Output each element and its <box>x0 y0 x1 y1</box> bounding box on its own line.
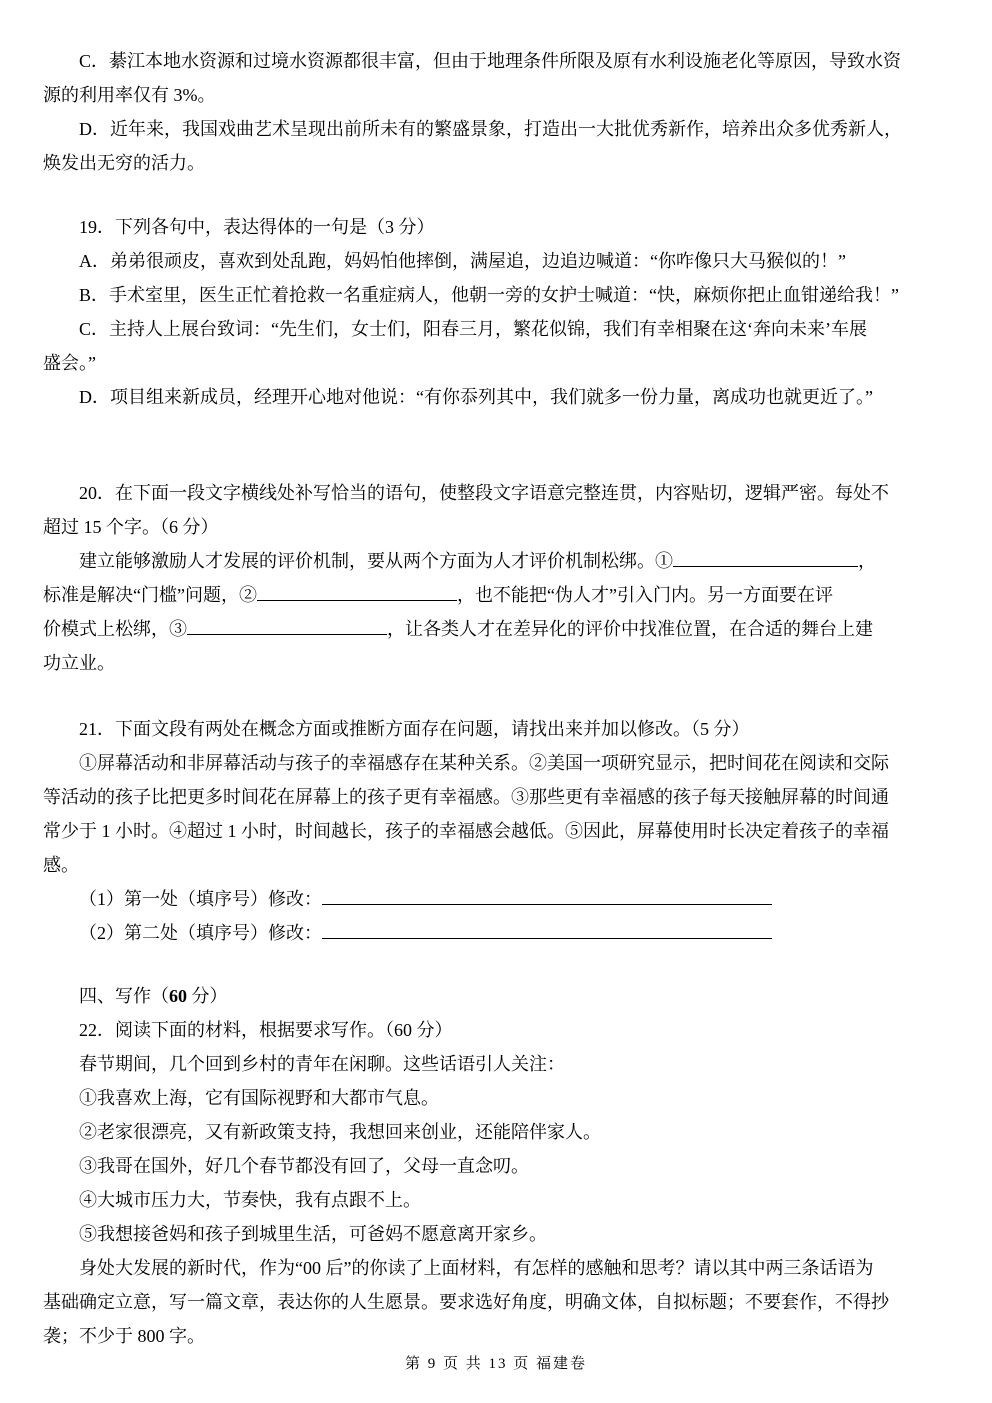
q22-intro: 春节期间，几个回到乡村的青年在闲聊。这些话语引人关注： <box>43 1047 923 1081</box>
q20-passage-line: 功立业。 <box>43 646 923 680</box>
text-run: 19．下列各句中，表达得体的一句是（3 分） <box>79 217 435 237</box>
text-run: D．项目组来新成员，经理开心地对他说：“有你忝列其中，我们就多一份力量，离成功也… <box>79 387 873 407</box>
q22-stem-line: 22．阅读下面的材料，根据要求写作。（60 分） <box>43 1013 923 1047</box>
q20-passage-line: 建立能够激励人才发展的评价机制，要从两个方面为人才评价机制松绑。①， <box>43 544 923 578</box>
text-run: ④大城市压力大，节奏快，我有点跟不上。 <box>79 1190 421 1210</box>
q19-option-a-line: A．弟弟很顽皮，喜欢到处乱跑，妈妈怕他摔倒，满屋追，边追边喊道：“你咋像只大马猴… <box>43 244 923 278</box>
page-footer: 第 9 页 共 13 页 福建卷 <box>0 1352 992 1373</box>
text-run: C．主持人上展台致词：“先生们，女士们，阳春三月，繁花似锦，我们有幸相聚在这‘奔… <box>79 319 867 339</box>
text-run: ①我喜欢上海，它有国际视野和大都市气息。 <box>79 1088 439 1108</box>
text-run: 价模式上松绑，③ <box>43 619 187 639</box>
text-run: （1）第一处（填序号）修改： <box>79 889 322 909</box>
text-run: 等活动的孩子比把更多时间花在屏幕上的孩子更有幸福感。③那些更有幸福感的孩子每天接… <box>43 787 889 807</box>
q21-passage: ①屏幕活动和非屏幕活动与孩子的幸福感存在某种关系。②美国一项研究显示，把时间花在… <box>43 746 923 882</box>
text-run: D．近年来，我国戏曲艺术呈现出前所未有的繁盛景象，打造出一大批优秀新作，培养出众… <box>79 119 902 139</box>
text-run: ①屏幕活动和非屏幕活动与孩子的幸福感存在某种关系。②美国一项研究显示，把时间花在… <box>79 753 889 773</box>
q19-option-c-line: C．主持人上展台致词：“先生们，女士们，阳春三月，繁花似锦，我们有幸相聚在这‘奔… <box>43 312 923 346</box>
text-run: 功立业。 <box>43 653 115 673</box>
q21-answer-1-line: （1）第一处（填序号）修改： <box>43 882 923 916</box>
text-run: ⑤我想接爸妈和孩子到城里生活，可爸妈不愿意离开家乡。 <box>79 1224 547 1244</box>
answer-blank-line <box>322 889 772 905</box>
text-run: 分） <box>187 986 228 1006</box>
q19-option-b: B．手术室里，医生正忙着抢救一名重症病人，他朝一旁的女护士喊道：“快，麻烦你把止… <box>43 278 923 312</box>
q19-option-b-line: B．手术室里，医生正忙着抢救一名重症病人，他朝一旁的女护士喊道：“快，麻烦你把止… <box>43 278 923 312</box>
text-run: A．弟弟很顽皮，喜欢到处乱跑，妈妈怕他摔倒，满屋追，边追边喊道：“你咋像只大马猴… <box>79 251 846 271</box>
q22-quote-2-line: ②老家很漂亮，又有新政策支持，我想回来创业，还能陪伴家人。 <box>43 1115 923 1149</box>
q21-answer-2-line: （2）第二处（填序号）修改： <box>43 916 923 950</box>
text-run: 源的利用率仅有 3%。 <box>43 85 216 105</box>
q21-answer-1: （1）第一处（填序号）修改： <box>43 882 923 916</box>
text-run: 常少于 1 小时。④超过 1 小时，时间越长，孩子的幸福感会越低。⑤因此，屏幕使… <box>43 821 889 841</box>
text-run: 四、写作（ <box>79 986 169 1006</box>
text-run: （2）第二处（填序号）修改： <box>79 923 322 943</box>
q19-option-a: A．弟弟很顽皮，喜欢到处乱跑，妈妈怕他摔倒，满屋追，边追边喊道：“你咋像只大马猴… <box>43 244 923 278</box>
q19-option-c-line: 盛会。” <box>43 346 923 380</box>
q19-stem: 19．下列各句中，表达得体的一句是（3 分） <box>43 210 923 244</box>
answer-blank-line <box>257 585 457 601</box>
answer-blank-line <box>322 923 772 939</box>
q22-quote-4-line: ④大城市压力大，节奏快，我有点跟不上。 <box>43 1183 923 1217</box>
q21-passage-line: 常少于 1 小时。④超过 1 小时，时间越长，孩子的幸福感会越低。⑤因此，屏幕使… <box>43 814 923 848</box>
section-4-heading: 四、写作（60 分） <box>43 979 923 1013</box>
q21-stem: 21．下面文段有两处在概念方面或推断方面存在问题，请找出来并加以修改。（5 分） <box>43 712 923 746</box>
document-body: C．綦江本地水资源和过境水资源都很丰富，但由于地理条件所限及原有水利设施老化等原… <box>43 44 923 1353</box>
q21-stem-line: 21．下面文段有两处在概念方面或推断方面存在问题，请找出来并加以修改。（5 分） <box>43 712 923 746</box>
q22-quote-5-line: ⑤我想接爸妈和孩子到城里生活，可爸妈不愿意离开家乡。 <box>43 1217 923 1251</box>
answer-blank-line <box>187 619 387 635</box>
q21-answer-2: （2）第二处（填序号）修改： <box>43 916 923 950</box>
text-run: 21．下面文段有两处在概念方面或推断方面存在问题，请找出来并加以修改。（5 分） <box>79 719 750 739</box>
text-run: ，也不能把“伪人才”引入门内。另一方面要在评 <box>457 585 833 605</box>
section-4-heading-line: 四、写作（60 分） <box>43 979 923 1013</box>
q22-requirements-line: 基础确定立意，写一篇文章，表达你的人生愿景。要求选好角度，明确文体，自拟标题；不… <box>43 1285 923 1319</box>
text-run: 建立能够激励人才发展的评价机制，要从两个方面为人才评价机制松绑。① <box>79 551 673 571</box>
text-run: 身处大发展的新时代，作为“00 后”的你读了上面材料，有怎样的感触和思考？请以其… <box>79 1258 873 1278</box>
q19-option-d-line: D．项目组来新成员，经理开心地对他说：“有你忝列其中，我们就多一份力量，离成功也… <box>43 380 923 414</box>
text-run: 20．在下面一段文字横线处补写恰当的语句，使整段文字语意完整连贯，内容贴切，逻辑… <box>79 483 889 503</box>
q20-passage-line: 标准是解决“门槛”问题，②，也不能把“伪人才”引入门内。另一方面要在评 <box>43 578 923 612</box>
top-option-c-line: 源的利用率仅有 3%。 <box>43 78 923 112</box>
text-run: 22．阅读下面的材料，根据要求写作。（60 分） <box>79 1020 453 1040</box>
q20-stem-line: 超过 15 个字。（6 分） <box>43 510 923 544</box>
text-run: ②老家很漂亮，又有新政策支持，我想回来创业，还能陪伴家人。 <box>79 1122 601 1142</box>
answer-blank-line <box>673 551 858 567</box>
q20-stem: 20．在下面一段文字横线处补写恰当的语句，使整段文字语意完整连贯，内容贴切，逻辑… <box>43 476 923 544</box>
text-run: 60 <box>169 986 187 1006</box>
text-run: 超过 15 个字。（6 分） <box>43 517 219 537</box>
q22-quote-1: ①我喜欢上海，它有国际视野和大都市气息。 <box>43 1081 923 1115</box>
q22-quote-3: ③我哥在国外，好几个春节都没有回了，父母一直念叨。 <box>43 1149 923 1183</box>
q19-stem-line: 19．下列各句中，表达得体的一句是（3 分） <box>43 210 923 244</box>
top-option-d-line: D．近年来，我国戏曲艺术呈现出前所未有的繁盛景象，打造出一大批优秀新作，培养出众… <box>43 112 923 146</box>
q22-stem: 22．阅读下面的材料，根据要求写作。（60 分） <box>43 1013 923 1047</box>
q20-stem-line: 20．在下面一段文字横线处补写恰当的语句，使整段文字语意完整连贯，内容贴切，逻辑… <box>43 476 923 510</box>
top-option-c: C．綦江本地水资源和过境水资源都很丰富，但由于地理条件所限及原有水利设施老化等原… <box>43 44 923 112</box>
top-option-d-line: 焕发出无穷的活力。 <box>43 146 923 180</box>
q22-quote-1-line: ①我喜欢上海，它有国际视野和大都市气息。 <box>43 1081 923 1115</box>
text-run: B．手术室里，医生正忙着抢救一名重症病人，他朝一旁的女护士喊道：“快，麻烦你把止… <box>79 285 899 305</box>
q20-passage: 建立能够激励人才发展的评价机制，要从两个方面为人才评价机制松绑。①，标准是解决“… <box>43 544 923 680</box>
q22-requirements-line: 袭；不少于 800 字。 <box>43 1319 923 1353</box>
text-run: ③我哥在国外，好几个春节都没有回了，父母一直念叨。 <box>79 1156 529 1176</box>
q22-quote-2: ②老家很漂亮，又有新政策支持，我想回来创业，还能陪伴家人。 <box>43 1115 923 1149</box>
text-run: 基础确定立意，写一篇文章，表达你的人生愿景。要求选好角度，明确文体，自拟标题；不… <box>43 1292 889 1312</box>
text-run: ，让各类人才在差异化的评价中找准位置，在合适的舞台上建 <box>387 619 873 639</box>
q22-requirements: 身处大发展的新时代，作为“00 后”的你读了上面材料，有怎样的感触和思考？请以其… <box>43 1251 923 1353</box>
q21-passage-line: 等活动的孩子比把更多时间花在屏幕上的孩子更有幸福感。③那些更有幸福感的孩子每天接… <box>43 780 923 814</box>
q19-option-d: D．项目组来新成员，经理开心地对他说：“有你忝列其中，我们就多一份力量，离成功也… <box>43 380 923 414</box>
text-run: ， <box>858 551 876 571</box>
q20-passage-line: 价模式上松绑，③，让各类人才在差异化的评价中找准位置，在合适的舞台上建 <box>43 612 923 646</box>
text-run: 袭；不少于 800 字。 <box>43 1326 205 1346</box>
text-run: C．綦江本地水资源和过境水资源都很丰富，但由于地理条件所限及原有水利设施老化等原… <box>79 51 901 71</box>
text-run: 春节期间，几个回到乡村的青年在闲聊。这些话语引人关注： <box>79 1054 565 1074</box>
q19-option-c: C．主持人上展台致词：“先生们，女士们，阳春三月，繁花似锦，我们有幸相聚在这‘奔… <box>43 312 923 380</box>
q22-quote-4: ④大城市压力大，节奏快，我有点跟不上。 <box>43 1183 923 1217</box>
text-run: 感。 <box>43 855 79 875</box>
top-option-d: D．近年来，我国戏曲艺术呈现出前所未有的繁盛景象，打造出一大批优秀新作，培养出众… <box>43 112 923 180</box>
q22-intro-line: 春节期间，几个回到乡村的青年在闲聊。这些话语引人关注： <box>43 1047 923 1081</box>
q22-quote-3-line: ③我哥在国外，好几个春节都没有回了，父母一直念叨。 <box>43 1149 923 1183</box>
q21-passage-line: 感。 <box>43 848 923 882</box>
q22-requirements-line: 身处大发展的新时代，作为“00 后”的你读了上面材料，有怎样的感触和思考？请以其… <box>43 1251 923 1285</box>
q22-quote-5: ⑤我想接爸妈和孩子到城里生活，可爸妈不愿意离开家乡。 <box>43 1217 923 1251</box>
q21-passage-line: ①屏幕活动和非屏幕活动与孩子的幸福感存在某种关系。②美国一项研究显示，把时间花在… <box>43 746 923 780</box>
text-run: 焕发出无穷的活力。 <box>43 153 205 173</box>
text-run: 标准是解决“门槛”问题，② <box>43 585 257 605</box>
text-run: 盛会。” <box>43 353 96 373</box>
top-option-c-line: C．綦江本地水资源和过境水资源都很丰富，但由于地理条件所限及原有水利设施老化等原… <box>43 44 923 78</box>
